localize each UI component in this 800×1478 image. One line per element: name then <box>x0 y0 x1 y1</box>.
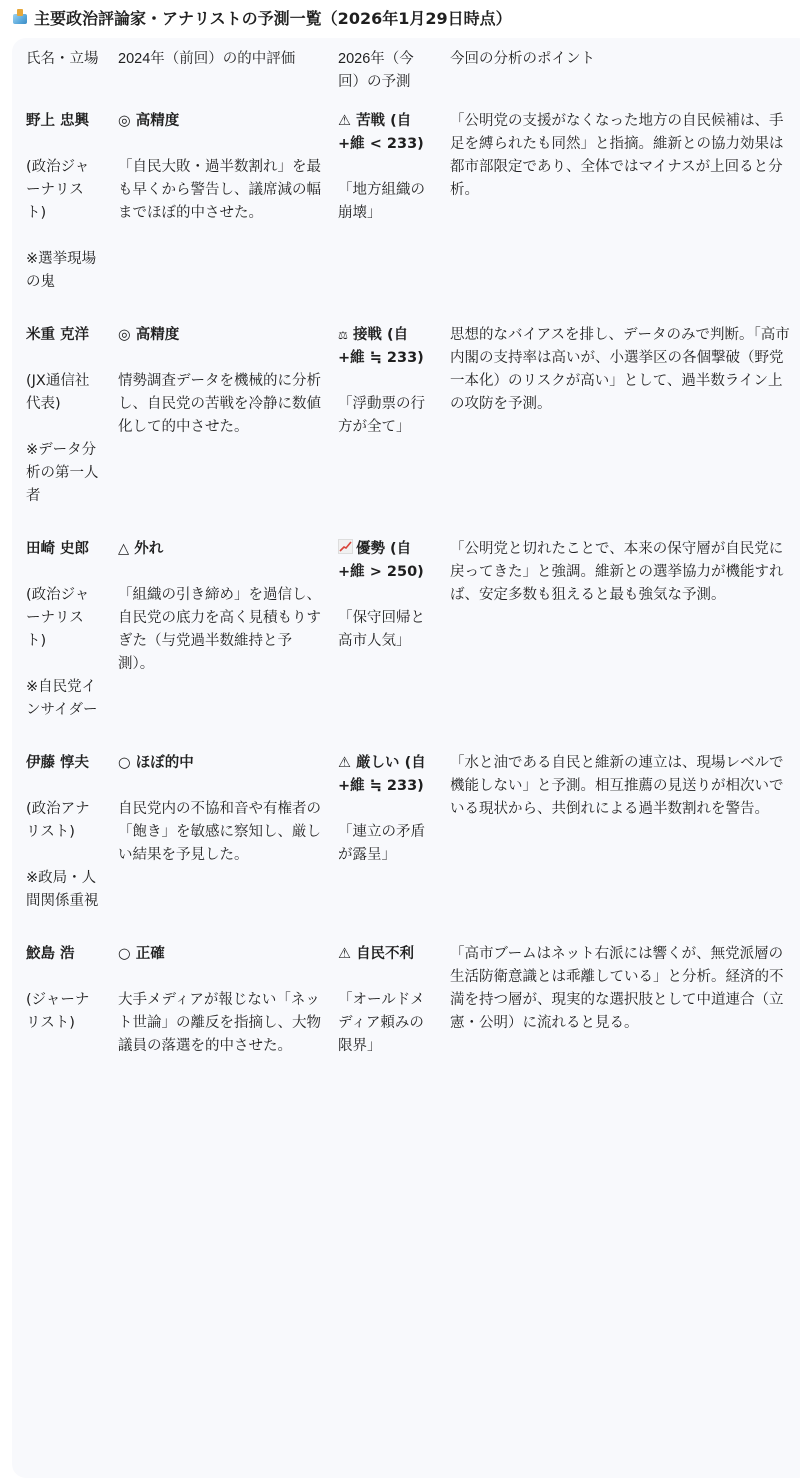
predictions-table: 氏名・立場 2024年（前回）の的中評価 2026年（今回）の予測 今回の分析の… <box>18 44 798 1088</box>
table-row: 米重 克洋 (JX通信社 代表) ※データ分析の第一人者 ◎ 高精度 情勢調査デ… <box>18 324 798 538</box>
prediction-label: 接戦 (自+維 ≒ 233) <box>338 327 424 366</box>
analysis-text: 思想的なバイアスを排し、データのみで判断。「高市内閣の支持率は高いが、小選挙区の… <box>450 324 790 416</box>
analyst-name: 野上 忠興 <box>26 110 102 133</box>
table-row: 鮫島 浩 (ジャーナリスト) ○ 正確 大手メディアが報じない「ネット世論」の離… <box>18 943 798 1088</box>
double-circle-icon: ◎ <box>118 113 131 129</box>
prediction-quote: 「オールドメディア頼みの限界」 <box>338 989 434 1058</box>
table-row: 田崎 史郎 (政治ジャーナリスト) ※自民党インサイダー △ 外れ 「組織の引き… <box>18 538 798 752</box>
prediction-quote: 「保守回帰と高市人気」 <box>338 607 434 653</box>
analyst-role: (JX通信社 代表) <box>26 370 102 416</box>
cell-name: 鮫島 浩 (ジャーナリスト) <box>18 943 110 1088</box>
chart-increasing-icon <box>338 539 353 554</box>
past-accuracy-description: 自民党内の不協和音や有権者の「飽き」を敏感に察知し、厳しい結果を予見した。 <box>118 798 322 867</box>
triangle-icon: △ <box>118 541 129 557</box>
page-title: 主要政治評論家・アナリストの予測一覧（2026年1月29日時点） <box>12 4 512 30</box>
cell-prediction: ⚠ 厳しい (自+維 ≒ 233) 「連立の矛盾が露呈」 <box>330 752 442 943</box>
circle-icon: ○ <box>118 946 131 962</box>
cell-analysis: 「高市ブームはネット右派には響くが、無党派層の生活防衛意識とは乖離している」と分… <box>442 943 798 1088</box>
header-analysis-points: 今回の分析のポイント <box>442 44 798 110</box>
analyst-note: ※選挙現場の鬼 <box>26 248 102 294</box>
cell-analysis: 「公明党の支援がなくなった地方の自民候補は、手足を縛られたも同然」と指摘。維新と… <box>442 110 798 324</box>
cell-analysis: 「水と油である自民と維新の連立は、現場レベルで機能しない」と予測。相互推薦の見送… <box>442 752 798 943</box>
analysis-text: 「公明党の支援がなくなった地方の自民候補は、手足を縛られたも同然」と指摘。維新と… <box>450 110 790 202</box>
analyst-role: (ジャーナリスト) <box>26 989 102 1035</box>
predictions-table-container: 氏名・立場 2024年（前回）の的中評価 2026年（今回）の予測 今回の分析の… <box>12 38 800 1455</box>
cell-analysis: 「公明党と切れたことで、本来の保守層が自民党に戻ってきた」と強調。維新との選挙協… <box>442 538 798 752</box>
cell-prediction: ⚠ 苦戦 (自+維 < 233) 「地方組織の崩壊」 <box>330 110 442 324</box>
analysis-text: 「水と油である自民と維新の連立は、現場レベルで機能しない」と予測。相互推薦の見送… <box>450 752 790 821</box>
past-accuracy-label: 高精度 <box>136 113 180 129</box>
cell-prediction: ⚠ 自民不利 「オールドメディア頼みの限界」 <box>330 943 442 1088</box>
past-accuracy-description: 大手メディアが報じない「ネット世論」の離反を指摘し、大物議員の落選を的中させた。 <box>118 989 322 1058</box>
circle-icon: ○ <box>118 755 131 771</box>
table-row: 伊藤 惇夫 (政治アナリスト) ※政局・人間関係重視 ○ ほぼ的中 自民党内の不… <box>18 752 798 943</box>
analyst-role: (政治ジャーナリスト) <box>26 584 102 653</box>
prediction-quote: 「浮動票の行方が全て」 <box>338 393 434 439</box>
double-circle-icon: ◎ <box>118 327 131 343</box>
table-header-row: 氏名・立場 2024年（前回）の的中評価 2026年（今回）の予測 今回の分析の… <box>18 44 798 110</box>
prediction-quote: 「地方組織の崩壊」 <box>338 179 434 225</box>
prediction-label: 苦戦 (自+維 < 233) <box>338 113 424 152</box>
table-row: 野上 忠興 (政治ジャーナリスト) ※選挙現場の鬼 ◎ 高精度 「自民大敗・過半… <box>18 110 798 324</box>
cell-past-accuracy: ◎ 高精度 情勢調査データを機械的に分析し、自民党の苦戦を冷静に数値化して的中さ… <box>110 324 330 538</box>
analyst-name: 伊藤 惇夫 <box>26 752 102 775</box>
analyst-role: (政治アナリスト) <box>26 798 102 844</box>
header-name-position: 氏名・立場 <box>18 44 110 110</box>
past-accuracy-description: 「組織の引き締め」を過信し、自民党の底力を高く見積もりすぎた（与党過半数維持と予… <box>118 584 322 676</box>
cell-past-accuracy: ○ ほぼ的中 自民党内の不協和音や有権者の「飽き」を敏感に察知し、厳しい結果を予… <box>110 752 330 943</box>
header-current-prediction: 2026年（今回）の予測 <box>330 44 442 110</box>
cell-name: 米重 克洋 (JX通信社 代表) ※データ分析の第一人者 <box>18 324 110 538</box>
analysis-text: 「高市ブームはネット右派には響くが、無党派層の生活防衛意識とは乖離している」と分… <box>450 943 790 1035</box>
prediction-label: 自民不利 <box>356 946 414 962</box>
cell-past-accuracy: ◎ 高精度 「自民大敗・過半数割れ」を最も早くから警告し、議席減の幅までほぼ的中… <box>110 110 330 324</box>
header-past-accuracy: 2024年（前回）の的中評価 <box>110 44 330 110</box>
cell-prediction: 優勢 (自+維 > 250) 「保守回帰と高市人気」 <box>330 538 442 752</box>
warning-icon: ⚠ <box>338 755 351 771</box>
past-accuracy-description: 情勢調査データを機械的に分析し、自民党の苦戦を冷静に数値化して的中させた。 <box>118 370 322 439</box>
analyst-name: 鮫島 浩 <box>26 943 102 966</box>
analysis-text: 「公明党と切れたことで、本来の保守層が自民党に戻ってきた」と強調。維新との選挙協… <box>450 538 790 607</box>
ballot-box-icon <box>12 9 28 25</box>
warning-icon: ⚠ <box>338 113 351 129</box>
prediction-quote: 「連立の矛盾が露呈」 <box>338 821 434 867</box>
past-accuracy-label: 高精度 <box>136 327 180 343</box>
analyst-name: 米重 克洋 <box>26 324 102 347</box>
cell-analysis: 思想的なバイアスを排し、データのみで判断。「高市内閣の支持率は高いが、小選挙区の… <box>442 324 798 538</box>
analyst-note: ※自民党インサイダー <box>26 676 102 722</box>
past-accuracy-label: ほぼ的中 <box>136 755 194 771</box>
cell-past-accuracy: △ 外れ 「組織の引き締め」を過信し、自民党の底力を高く見積もりすぎた（与党過半… <box>110 538 330 752</box>
past-accuracy-description: 「自民大敗・過半数割れ」を最も早くから警告し、議席減の幅までほぼ的中させた。 <box>118 156 322 225</box>
scales-icon: ⚖ <box>338 329 348 342</box>
cell-name: 田崎 史郎 (政治ジャーナリスト) ※自民党インサイダー <box>18 538 110 752</box>
cell-prediction: ⚖ 接戦 (自+維 ≒ 233) 「浮動票の行方が全て」 <box>330 324 442 538</box>
analyst-note: ※データ分析の第一人者 <box>26 439 102 508</box>
analyst-name: 田崎 史郎 <box>26 538 102 561</box>
cell-past-accuracy: ○ 正確 大手メディアが報じない「ネット世論」の離反を指摘し、大物議員の落選を的… <box>110 943 330 1088</box>
cell-name: 野上 忠興 (政治ジャーナリスト) ※選挙現場の鬼 <box>18 110 110 324</box>
analyst-role: (政治ジャーナリスト) <box>26 156 102 225</box>
page-title-text: 主要政治評論家・アナリストの予測一覧（2026年1月29日時点） <box>34 6 512 29</box>
warning-icon: ⚠ <box>338 946 351 962</box>
past-accuracy-label: 外れ <box>134 541 163 557</box>
cell-name: 伊藤 惇夫 (政治アナリスト) ※政局・人間関係重視 <box>18 752 110 943</box>
past-accuracy-label: 正確 <box>136 946 165 962</box>
analyst-note: ※政局・人間関係重視 <box>26 867 102 913</box>
prediction-label: 厳しい (自+維 ≒ 233) <box>338 755 426 794</box>
